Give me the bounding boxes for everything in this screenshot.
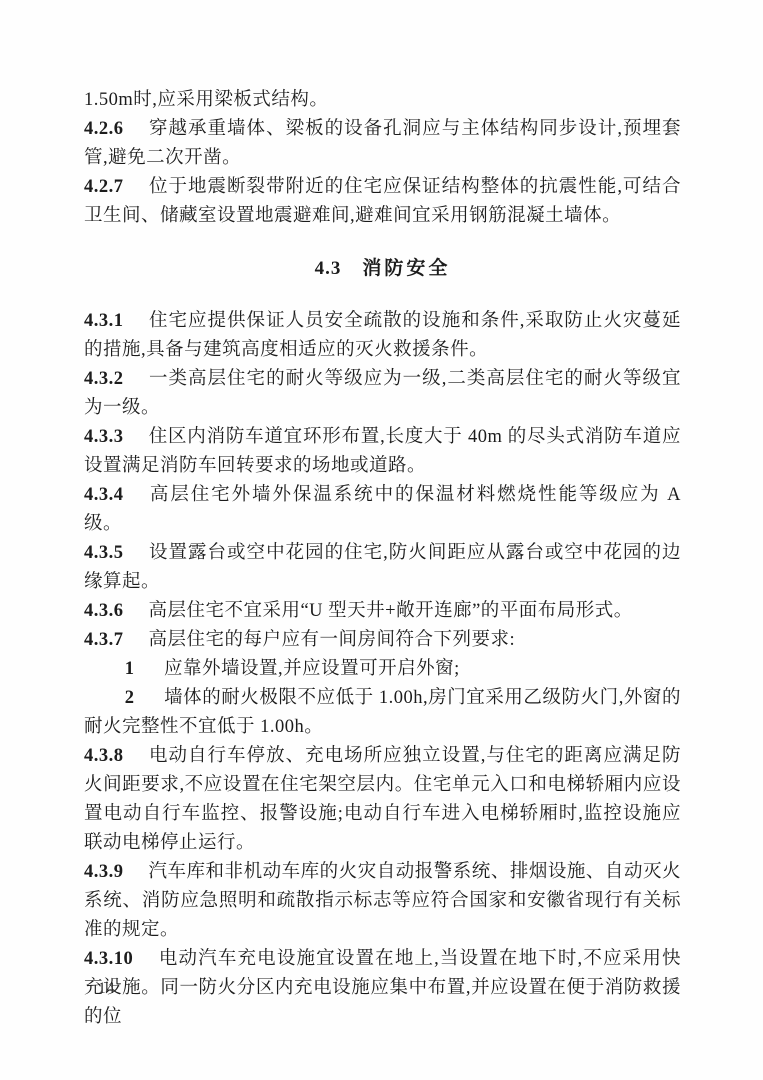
clause-number: 4.3.7	[84, 630, 124, 650]
clause-paragraph: 4.3.1住宅应提供保证人员安全疏散的设施和条件,采取防止火灾蔓延的措施,具备与…	[84, 307, 681, 365]
clause-text: 住区内消防车道宜环形布置,长度大于 40m 的尽头式消防车道应设置满足消防车回转…	[84, 427, 681, 476]
clause-text: 1.50m时,应采用梁板式结构。	[84, 90, 328, 110]
clause-number: 4.2.6	[84, 119, 124, 139]
clause-number: 4.3.1	[84, 311, 124, 331]
section-number: 4.3	[315, 258, 342, 279]
list-item: 1应靠外墙设置,并应设置可开启外窗;	[84, 655, 681, 684]
clause-number: 4.3.8	[84, 746, 124, 766]
clause-paragraph: 4.3.9汽车库和非机动车库的火灾自动报警系统、排烟设施、自动灭火系统、消防应急…	[84, 858, 681, 945]
clause-text: 设置露台或空中花园的住宅,防火间距应从露台或空中花园的边缘算起。	[84, 543, 681, 592]
clause-number: 4.3.2	[84, 369, 124, 389]
section-heading: 4.3消防安全	[84, 254, 681, 283]
clause-paragraph: 4.2.6穿越承重墙体、梁板的设备孔洞应与主体结构同步设计,预埋套管,避免二次开…	[84, 115, 681, 173]
paragraph-continuation: 1.50m时,应采用梁板式结构。	[84, 86, 681, 115]
clause-paragraph: 4.2.7位于地震断裂带附近的住宅应保证结构整体的抗震性能,可结合卫生间、储藏室…	[84, 173, 681, 231]
clause-text: 位于地震断裂带附近的住宅应保证结构整体的抗震性能,可结合卫生间、储藏室设置地震避…	[84, 177, 681, 226]
clause-text: 高层住宅外墙外保温系统中的保温材料燃烧性能等级应为 A 级。	[84, 485, 681, 534]
document-body: 1.50m时,应采用梁板式结构。4.2.6穿越承重墙体、梁板的设备孔洞应与主体结…	[84, 86, 681, 1032]
page-footer: 14	[98, 980, 116, 998]
section-title: 消防安全	[362, 258, 450, 279]
clause-number: 4.3.6	[84, 601, 124, 621]
list-item-number: 2	[125, 688, 135, 708]
clause-text: 电动自行车停放、充电场所应独立设置,与住宅的距离应满足防火间距要求,不应设置在住…	[84, 746, 681, 853]
clause-text: 墙体的耐火极限不应低于 1.00h,房门宜采用乙级防火门,外窗的耐火完整性不宜低…	[84, 688, 681, 737]
clause-paragraph: 4.3.7高层住宅的每户应有一间房间符合下列要求:	[84, 626, 681, 655]
clause-paragraph: 4.3.10电动汽车充电设施宜设置在地上,当设置在地下时,不应采用快充设施。同一…	[84, 945, 681, 1032]
clause-paragraph: 4.3.4高层住宅外墙外保温系统中的保温材料燃烧性能等级应为 A 级。	[84, 481, 681, 539]
clause-text: 高层住宅的每户应有一间房间符合下列要求:	[148, 630, 515, 650]
clause-text: 穿越承重墙体、梁板的设备孔洞应与主体结构同步设计,预埋套管,避免二次开凿。	[84, 119, 681, 168]
list-item: 2墙体的耐火极限不应低于 1.00h,房门宜采用乙级防火门,外窗的耐火完整性不宜…	[84, 684, 681, 742]
clause-number: 4.3.9	[84, 862, 124, 882]
clause-number: 4.3.4	[84, 485, 124, 505]
list-item-number: 1	[125, 659, 135, 679]
clause-text: 住宅应提供保证人员安全疏散的设施和条件,采取防止火灾蔓延的措施,具备与建筑高度相…	[84, 311, 681, 360]
clause-text: 一类高层住宅的耐火等级应为一级,二类高层住宅的耐火等级宜为一级。	[84, 369, 681, 418]
clause-paragraph: 4.3.3住区内消防车道宜环形布置,长度大于 40m 的尽头式消防车道应设置满足…	[84, 423, 681, 481]
clause-text: 应靠外墙设置,并应设置可开启外窗;	[164, 659, 460, 679]
clause-text: 电动汽车充电设施宜设置在地上,当设置在地下时,不应采用快充设施。同一防火分区内充…	[84, 949, 681, 1027]
clause-text: 汽车库和非机动车库的火灾自动报警系统、排烟设施、自动灭火系统、消防应急照明和疏散…	[84, 862, 681, 940]
clause-text: 高层住宅不宜采用“U 型天井+敞开连廊”的平面布局形式。	[148, 601, 632, 621]
document-page: 1.50m时,应采用梁板式结构。4.2.6穿越承重墙体、梁板的设备孔洞应与主体结…	[0, 0, 763, 1080]
page-number: 14	[98, 980, 116, 997]
clause-paragraph: 4.3.2一类高层住宅的耐火等级应为一级,二类高层住宅的耐火等级宜为一级。	[84, 365, 681, 423]
clause-paragraph: 4.3.5设置露台或空中花园的住宅,防火间距应从露台或空中花园的边缘算起。	[84, 539, 681, 597]
clause-number: 4.3.5	[84, 543, 124, 563]
clause-number: 4.2.7	[84, 177, 124, 197]
clause-number: 4.3.3	[84, 427, 124, 447]
clause-number: 4.3.10	[84, 949, 133, 969]
clause-paragraph: 4.3.6高层住宅不宜采用“U 型天井+敞开连廊”的平面布局形式。	[84, 597, 681, 626]
clause-paragraph: 4.3.8电动自行车停放、充电场所应独立设置,与住宅的距离应满足防火间距要求,不…	[84, 742, 681, 858]
